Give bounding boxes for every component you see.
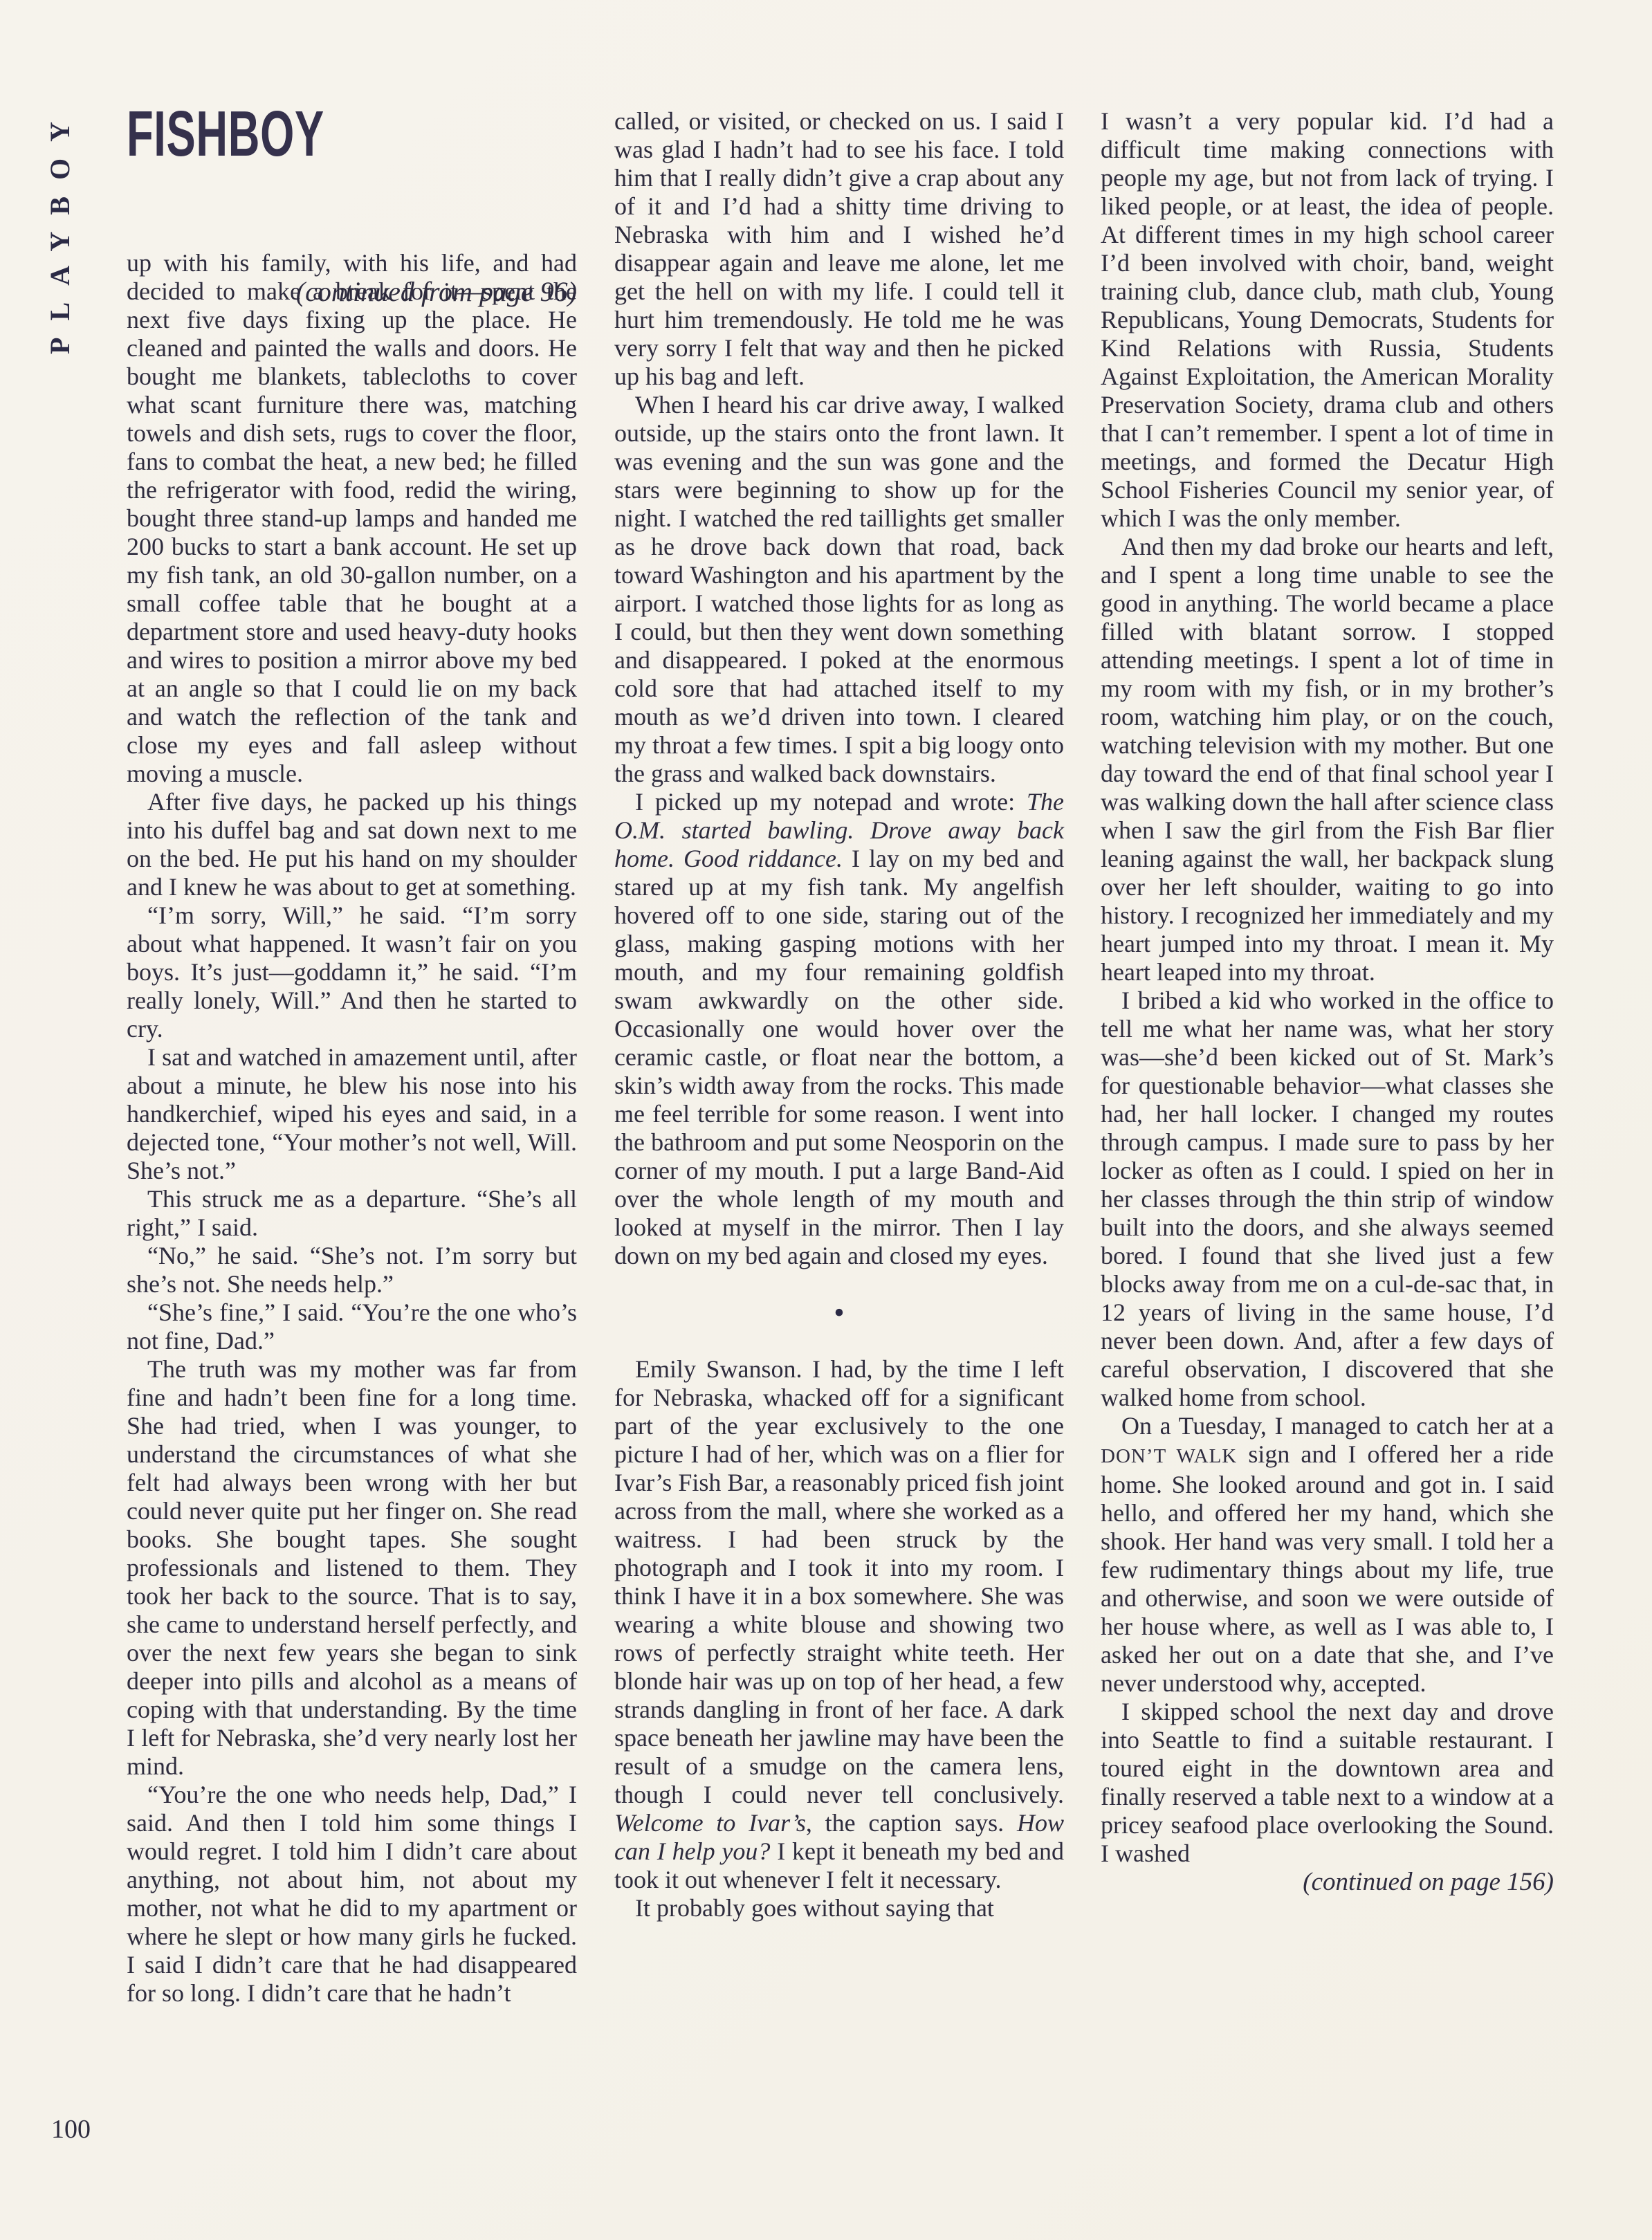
text-run: DON’T WALK [1101,1445,1237,1467]
text-run: up with his family, with his life, and h… [127,249,577,787]
text-run: , the caption says. [806,1809,1017,1837]
text-run: When I heard his car drive away, I walke… [614,391,1064,787]
text-run: And then my dad broke our hearts and lef… [1101,533,1554,986]
paragraph: I skipped school the next day and drove … [1101,1698,1554,1868]
text-run: “You’re the one who needs help, Dad,” I … [127,1781,577,2007]
column-3-text: I wasn’t a very popular kid. I’d had a d… [1101,107,1554,1896]
paragraph: “No,” he said. “She’s not. I’m sorry but… [127,1242,577,1298]
text-run: “No,” he said. “She’s not. I’m sorry but… [127,1242,577,1298]
column-1: FISHBOY (continued from page 96) up with… [127,101,577,166]
column-2-text: called, or visited, or checked on us. I … [614,107,1064,1922]
text-run: This struck me as a departure. “She’s al… [127,1185,577,1241]
paragraph: This struck me as a departure. “She’s al… [127,1185,577,1242]
paragraph: And then my dad broke our hearts and lef… [1101,533,1554,986]
text-run: I bribed a kid who worked in the office … [1101,986,1554,1411]
paragraph: After five days, he packed up his things… [127,788,577,901]
continued-on-note: (continued on page 156) [1101,1868,1554,1896]
paragraph: Emily Swanson. I had, by the time I left… [614,1355,1064,1894]
text-run: Welcome to Ivar’s [614,1809,806,1837]
text-run: sign and I offered her a ride home. She … [1101,1440,1554,1697]
paragraph: The truth was my mother was far from fin… [127,1355,577,1781]
paragraph: I sat and watched in amazement until, af… [127,1043,577,1185]
paragraph: When I heard his car drive away, I walke… [614,391,1064,788]
page-number: 100 [51,2115,91,2144]
text-run: I picked up my notepad and wrote: [635,788,1027,816]
text-run: Emily Swanson. I had, by the time I left… [614,1355,1064,1808]
paragraph: “I’m sorry, Will,” he said. “I’m sorry a… [127,901,577,1043]
text-run: I skipped school the next day and drove … [1101,1698,1554,1867]
paragraph: I wasn’t a very popular kid. I’d had a d… [1101,107,1554,533]
paragraph: It probably goes without saying that [614,1894,1064,1922]
paragraph: On a Tuesday, I managed to catch her at … [1101,1412,1554,1698]
text-run: The truth was my mother was far from fin… [127,1355,577,1780]
text-run: After five days, he packed up his things… [127,788,577,901]
section-separator-bullet: • [614,1270,1064,1355]
magazine-name-spine: PLAYBOY [44,91,77,368]
paragraph: called, or visited, or checked on us. I … [614,107,1064,391]
text-run: I wasn’t a very popular kid. I’d had a d… [1101,107,1554,532]
text-run: I sat and watched in amazement until, af… [127,1043,577,1184]
paragraph: “You’re the one who needs help, Dad,” I … [127,1781,577,2008]
text-run: “I’m sorry, Will,” he said. “I’m sorry a… [127,901,577,1043]
magazine-page: PLAYBOY 100 FISHBOY (continued from page… [0,0,1652,2240]
text-run: On a Tuesday, I managed to catch her at … [1121,1412,1554,1440]
paragraph: I bribed a kid who worked in the office … [1101,986,1554,1412]
column-1-text: up with his family, with his life, and h… [127,249,577,2008]
text-run: called, or visited, or checked on us. I … [614,107,1064,390]
paragraph: up with his family, with his life, and h… [127,249,577,788]
paragraph: I picked up my notepad and wrote: The O.… [614,788,1064,1270]
article-title: FISHBOY [127,101,433,166]
text-run: It probably goes without saying that [635,1894,994,1922]
paragraph: “She’s fine,” I said. “You’re the one wh… [127,1298,577,1355]
text-run: “She’s fine,” I said. “You’re the one wh… [127,1298,577,1355]
text-run: I lay on my bed and stared up at my fish… [614,845,1064,1269]
